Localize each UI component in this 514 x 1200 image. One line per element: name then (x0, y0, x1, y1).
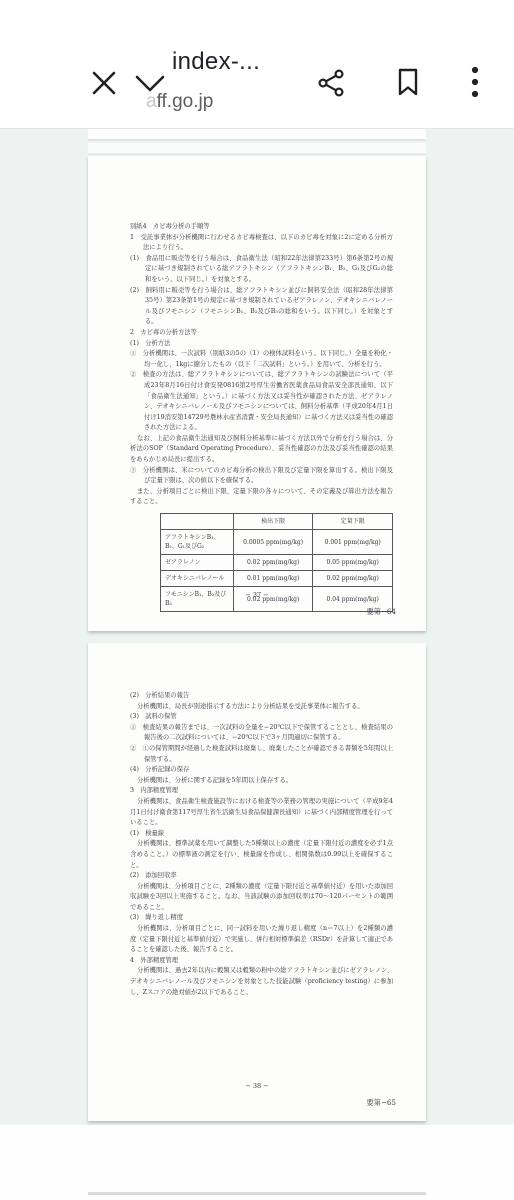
table-header-cell (161, 514, 234, 530)
table-cell: ゼアラレノン (161, 555, 234, 571)
doc-paragraph: (4) 分析記録の保存 (130, 765, 393, 776)
pdf-viewer-scroll-area[interactable]: 別紙4 カビ毒分析の手順等 1 受託事業体が分析機関に行わせるカビ毒検査は、以下… (0, 128, 514, 1200)
table-cell: 0.05 ppm(mg/kg) (313, 555, 393, 571)
doc-paragraph: 分析機関は、局長が別途指示する方法により分析結果を受託事業体に報告する。 (130, 702, 393, 713)
appbar: index-... aff.go.jp (0, 0, 514, 129)
doc-paragraph: (2) 分析結果の報告 (130, 691, 393, 702)
close-icon[interactable] (86, 65, 122, 101)
viewer-lower-background (0, 1125, 514, 1200)
url-text: ff.go.jp (157, 91, 214, 112)
next-page-top-edge (88, 1192, 426, 1195)
section-heading: 4 外部精度管理 (130, 956, 393, 967)
table-cell: 0.001 ppm(mg/kg) (313, 530, 393, 555)
doc-paragraph: 分析機関は、食品衛生検査施設等における検査等の業務の管理の実施について（平成9年… (130, 797, 393, 829)
section-heading: 3 内部精度管理 (130, 786, 393, 797)
table-row: ゼアラレノン 0.02 ppm(mg/kg) 0.05 ppm(mg/kg) (161, 555, 393, 571)
doc-paragraph: また、分析項目ごとに検出下限、定量下限の各々について、その定義及び算出方法を報告… (130, 487, 393, 508)
document-url: aff.go.jp (146, 91, 213, 113)
document-title: index-... (172, 48, 260, 76)
doc-paragraph: (2) 添加回収率 (130, 871, 393, 882)
table-header-cell: 定量下限 (313, 514, 393, 530)
screen: { "appbar": { "title": "index-...", "url… (0, 0, 514, 1200)
page-number: − 37 − (88, 590, 426, 601)
page-37-document: 別紙4 カビ毒分析の手順等 1 受託事業体が分析機関に行わせるカビ毒検査は、以下… (88, 156, 426, 631)
doc-paragraph: なお、上記の食品衛生法通知及び飼料分析基準に基づく方法以外で分析を行う場合は、分… (130, 434, 393, 466)
doc-paragraph: 1 受託事業体が分析機関に行わせるカビ毒検査は、以下のカビ毒を対象に2に定める分… (130, 233, 393, 254)
table-row: デオキシニバレノール 0.01 ppm(mg/kg) 0.02 ppm(mg/k… (161, 571, 393, 587)
table-cell: 0.0005 ppm(mg/kg) (233, 530, 313, 555)
overflow-menu-icon[interactable] (462, 62, 488, 102)
table-header-row: 検出下限 定量下限 (161, 514, 393, 530)
doc-paragraph: 分析機関は、分析に関する記録を5年間以上保存する。 (130, 776, 393, 787)
pdf-page-37: 別紙4 カビ毒分析の手順等 1 受託事業体が分析機関に行わせるカビ毒検査は、以下… (88, 156, 426, 631)
table-cell: アフラトキシンB₁、B₂、G₁及びG₂ (161, 530, 234, 555)
table-cell: 0.01 ppm(mg/kg) (233, 571, 313, 587)
pdf-page-38: (2) 分析結果の報告 分析機関は、局長が別途指示する方法により分析結果を受託事… (88, 643, 426, 1121)
doc-paragraph: (3) 繰り返し精度 (130, 913, 393, 924)
doc-paragraph: (1) 分析方法 (130, 339, 393, 350)
doc-paragraph: ② 検査の方法は、総アフラトキシンについては、総アフラトキシンの試験法について（… (130, 370, 393, 434)
table-cell: 0.02 ppm(mg/kg) (313, 571, 393, 587)
previous-page-bottom-edge (88, 128, 426, 141)
previous-page-bottom-edge-2 (88, 143, 426, 155)
doc-paragraph: ① 検査結果の報告までは、一次試料の全量を−20℃以下で保管することとし、検査結… (130, 723, 393, 744)
doc-paragraph: 分析機関は、分析項目ごとに、2種類の濃度（定量下限付近と基準値付近）を用いた添加… (130, 882, 393, 914)
doc-paragraph: ② ①の保管期間が経過した検査試料は廃棄し、廃棄したことが確認できる書類を5年間… (130, 744, 393, 765)
page-number: − 38 − (88, 1081, 426, 1092)
attachment-heading: 別紙4 カビ毒分析の手順等 (130, 222, 393, 233)
bookmark-icon[interactable] (390, 63, 426, 101)
reference-mark: 要第−64 (366, 607, 396, 618)
doc-paragraph: (1) 検量線 (130, 829, 393, 840)
doc-paragraph: (3) 試料の保管 (130, 712, 393, 723)
table-row: アフラトキシンB₁、B₂、G₁及びG₂ 0.0005 ppm(mg/kg) 0.… (161, 530, 393, 555)
doc-paragraph: ① 分析機関は、一次試料（別紙3の5の（1）の検体試料をいう。以下同じ。）全量を… (130, 349, 393, 370)
page-37-content: 別紙4 カビ毒分析の手順等 1 受託事業体が分析機関に行わせるカビ毒検査は、以下… (88, 156, 426, 612)
table-cell: 0.02 ppm(mg/kg) (233, 555, 313, 571)
section-heading: 2 カビ毒の分析方法等 (130, 328, 393, 339)
table-cell: デオキシニバレノール (161, 571, 234, 587)
page-38-content: (2) 分析結果の報告 分析機関は、局長が別途指示する方法により分析結果を受託事… (88, 643, 426, 998)
page-38-document: (2) 分析結果の報告 分析機関は、局長が別途指示する方法により分析結果を受託事… (88, 643, 426, 1121)
reference-mark: 要第−65 (366, 1098, 396, 1109)
doc-paragraph: 分析機関は、分析項目ごとに、同一試料を用いた繰り返し精度（n＝7以上）を2種類の… (130, 924, 393, 956)
doc-paragraph: 分析機関は、標準試薬を用いて調整した5種類以上の濃度（定量下限付近の濃度を必ず1… (130, 839, 393, 871)
url-faded-prefix: a (146, 91, 157, 112)
table-header-cell: 検出下限 (233, 514, 313, 530)
doc-paragraph: ③ 分析機関は、米についてのカビ毒分析の検出下限及び定量下限を算出する。検出下限… (130, 466, 393, 487)
doc-paragraph: (1) 食品用に販売等を行う場合は、食品衛生法（昭和22年法律第233号）第6条… (130, 254, 393, 286)
doc-paragraph: 分析機関は、過去2年以内に穀類又は穀類の粉中の総アフラトキシン並びにゼアラレノン… (130, 966, 393, 998)
share-icon[interactable] (312, 64, 350, 102)
doc-paragraph: (2) 飼料用に販売等を行う場合は、総アフラトキシン並びに飼料安全法（昭和28年… (130, 286, 393, 328)
